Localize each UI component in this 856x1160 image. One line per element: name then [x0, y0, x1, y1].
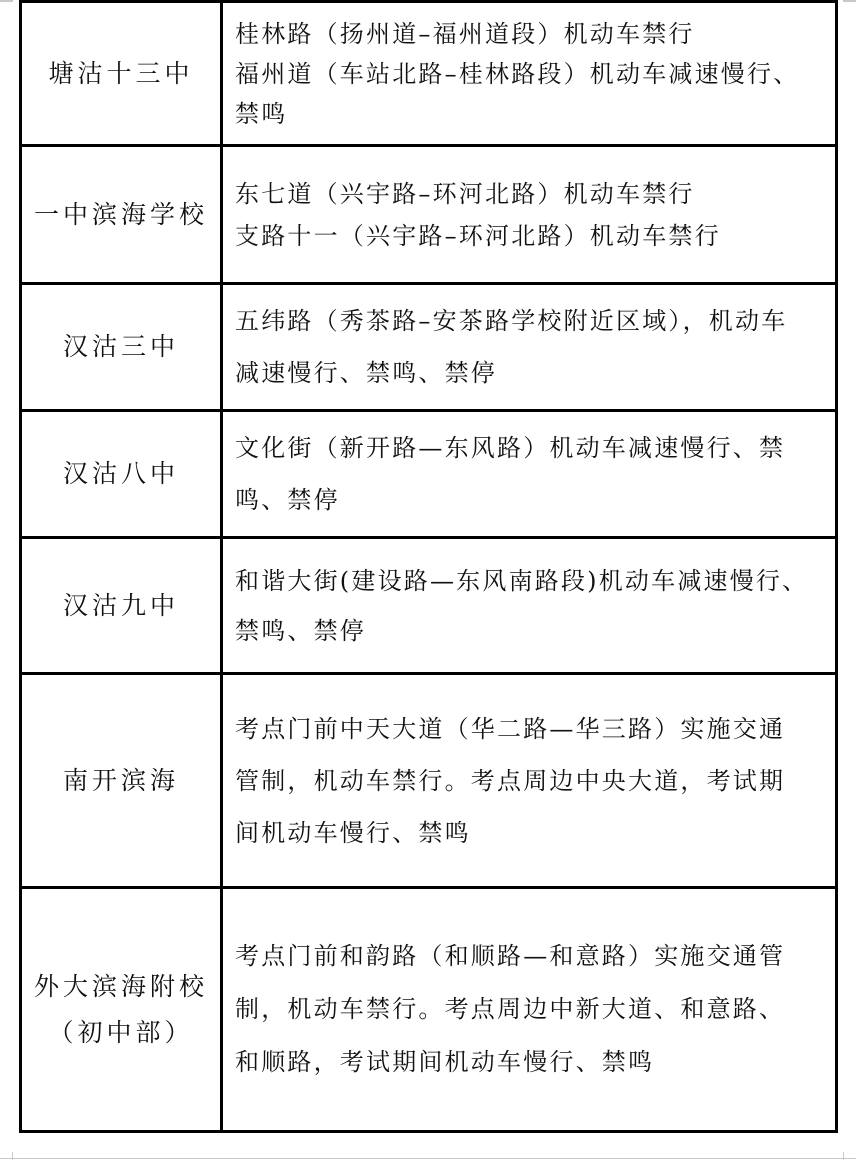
- school-cell: 塘沽十三中: [21, 2, 222, 146]
- rule-line: 福州道（车站北路–桂林路段）机动车减速慢行、: [235, 54, 829, 94]
- rule-line: 考点门前和韵路（和顺路—和意路）实施交通管: [235, 930, 829, 983]
- table-row: 南开滨海 考点门前中天大道（华二路—华三路）实施交通 管制，机动车禁行。考点周边…: [21, 674, 837, 888]
- rule-cell: 文化街（新开路—东风路）机动车减速慢行、禁 鸣、禁停: [222, 411, 837, 538]
- rule-line: 桂林路（扬州道–福州道段）机动车禁行: [235, 14, 829, 54]
- school-cell: 南开滨海: [21, 674, 222, 888]
- page-corner-mark-top-left: [0, 0, 13, 2]
- rule-cell: 五纬路（秀茶路–安茶路学校附近区域），机动车 减速慢行、禁鸣、禁停: [222, 284, 837, 411]
- page-corner-mark-bottom-left: [0, 1158, 856, 1159]
- rule-line: 管制，机动车禁行。考点周边中央大道，考试期: [235, 755, 829, 807]
- school-cell: 汉沽八中: [21, 411, 222, 538]
- school-cell: 汉沽九中: [21, 538, 222, 674]
- rule-line: 考点门前中天大道（华二路—华三路）实施交通: [235, 703, 829, 755]
- rule-line: 制，机动车禁行。考点周边中新大道、和意路、: [235, 983, 829, 1036]
- rule-line: 禁鸣、禁停: [235, 606, 829, 656]
- rule-cell: 东七道（兴宇路–环河北路）机动车禁行 支路十一（兴宇路–环河北路）机动车禁行: [222, 146, 837, 284]
- table-row: 外大滨海附校 （初中部） 考点门前和韵路（和顺路—和意路）实施交通管 制，机动车…: [21, 888, 837, 1132]
- page-corner-mark-top-right: [843, 0, 856, 2]
- table-row: 塘沽十三中 桂林路（扬州道–福州道段）机动车禁行 福州道（车站北路–桂林路段）机…: [21, 2, 837, 146]
- rule-cell: 和谐大街(建设路—东风南路段)机动车减速慢行、 禁鸣、禁停: [222, 538, 837, 674]
- school-name: 塘沽十三中: [22, 51, 220, 97]
- school-name: 一中滨海学校: [22, 192, 220, 238]
- rule-cell: 考点门前和韵路（和顺路—和意路）实施交通管 制，机动车禁行。考点周边中新大道、和…: [222, 888, 837, 1132]
- school-name: 汉沽八中: [22, 451, 220, 497]
- rule-line: 鸣、禁停: [235, 474, 829, 526]
- rule-line: 禁鸣: [235, 94, 829, 134]
- rule-cell: 桂林路（扬州道–福州道段）机动车禁行 福州道（车站北路–桂林路段）机动车减速慢行…: [222, 2, 837, 146]
- rule-line: 和顺路，考试期间机动车慢行、禁鸣: [235, 1036, 829, 1089]
- rule-line: 支路十一（兴宇路–环河北路）机动车禁行: [235, 215, 829, 257]
- page-corner-mark-bottom-left-tick: [12, 1152, 13, 1160]
- school-name: 汉沽三中: [22, 324, 220, 370]
- table-row: 一中滨海学校 东七道（兴宇路–环河北路）机动车禁行 支路十一（兴宇路–环河北路）…: [21, 146, 837, 284]
- table-row: 汉沽八中 文化街（新开路—东风路）机动车减速慢行、禁 鸣、禁停: [21, 411, 837, 538]
- school-name: 汉沽九中: [22, 583, 220, 629]
- school-cell: 外大滨海附校 （初中部）: [21, 888, 222, 1132]
- page-corner-mark-bottom-right-tick: [843, 1152, 844, 1160]
- school-name-suffix: （初中部）: [22, 1010, 220, 1056]
- rule-line: 东七道（兴宇路–环河北路）机动车禁行: [235, 173, 829, 215]
- school-cell: 一中滨海学校: [21, 146, 222, 284]
- table-row: 汉沽三中 五纬路（秀茶路–安茶路学校附近区域），机动车 减速慢行、禁鸣、禁停: [21, 284, 837, 411]
- table-row: 汉沽九中 和谐大街(建设路—东风南路段)机动车减速慢行、 禁鸣、禁停: [21, 538, 837, 674]
- rule-line: 五纬路（秀茶路–安茶路学校附近区域），机动车: [235, 295, 829, 347]
- school-cell: 汉沽三中: [21, 284, 222, 411]
- school-name: 南开滨海: [22, 758, 220, 804]
- traffic-control-table: 塘沽十三中 桂林路（扬州道–福州道段）机动车禁行 福州道（车站北路–桂林路段）机…: [19, 0, 838, 1133]
- rule-line: 和谐大街(建设路—东风南路段)机动车减速慢行、: [235, 556, 829, 606]
- rule-cell: 考点门前中天大道（华二路—华三路）实施交通 管制，机动车禁行。考点周边中央大道，…: [222, 674, 837, 888]
- school-name: 外大滨海附校: [22, 964, 220, 1010]
- rule-line: 文化街（新开路—东风路）机动车减速慢行、禁: [235, 422, 829, 474]
- rule-line: 间机动车慢行、禁鸣: [235, 807, 829, 859]
- rule-line: 减速慢行、禁鸣、禁停: [235, 347, 829, 399]
